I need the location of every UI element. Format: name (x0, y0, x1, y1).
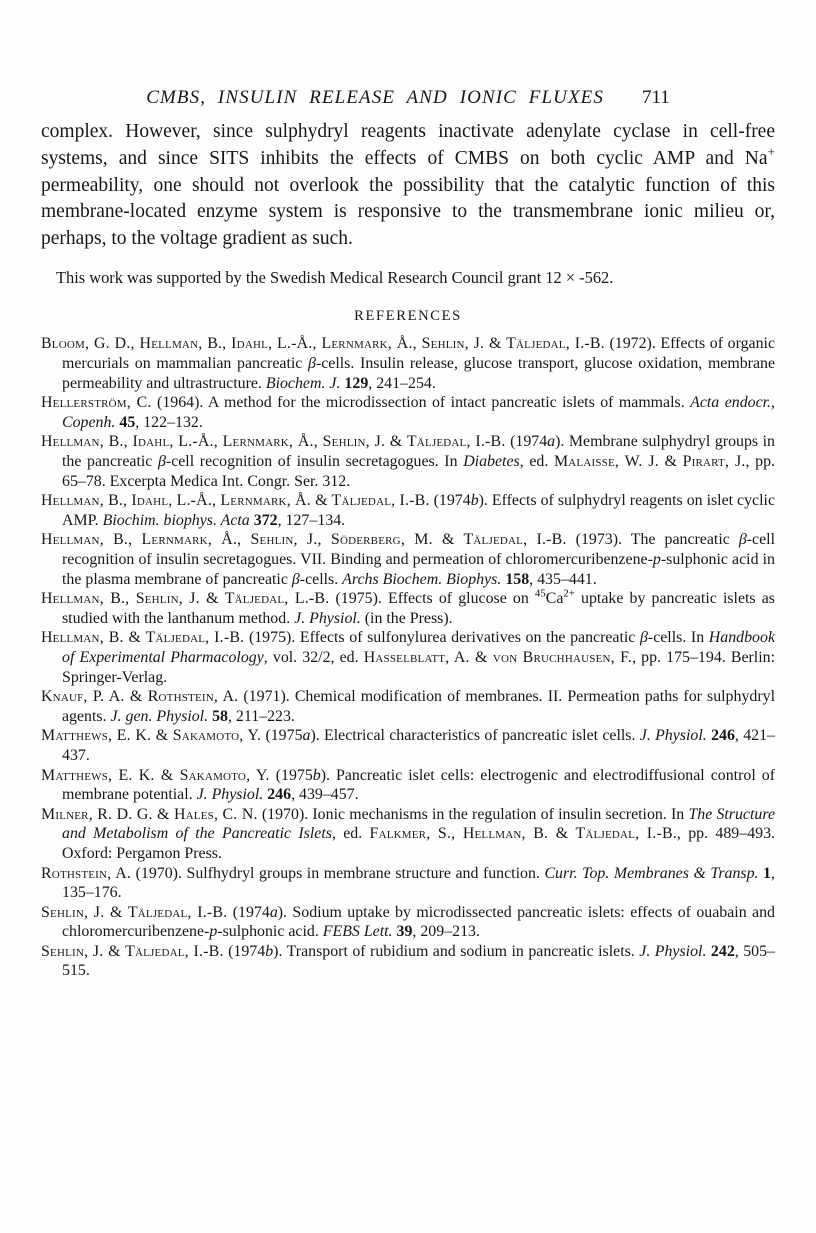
text-segment: , 122–132. (135, 414, 203, 431)
text-segment: (1964). A method for the microdissection… (152, 394, 691, 411)
text-segment: (1974 (227, 904, 269, 921)
reference-item: Milner, R. D. G. & Hales, C. N. (1970). … (41, 805, 775, 864)
opening-paragraph: complex. However, since sulphydryl reage… (41, 119, 775, 253)
text-segment: Hasselblatt, A. & von Bruchhausen, F. (364, 649, 632, 666)
text-segment: (1975). Effects of sulfonylurea derivati… (244, 629, 640, 646)
text-segment: b (471, 492, 479, 509)
text-segment: a (270, 904, 278, 921)
running-head: CMBS, INSULIN RELEASE AND IONIC FLUXES 7… (41, 86, 775, 110)
reference-item: Hellman, B., Sehlin, J. & Täljedal, L.-B… (41, 589, 775, 628)
text-segment: β (308, 355, 316, 372)
text-segment: (1974 (430, 492, 471, 509)
text-segment: Curr. Top. Membranes & Transp. (544, 865, 758, 882)
reference-item: Matthews, E. K. & Sakamoto, Y. (1975a). … (41, 726, 775, 765)
text-segment: b (313, 767, 321, 784)
text-segment: 372 (254, 512, 278, 529)
text-segment: J. Physiol. (197, 786, 264, 803)
references-list: Bloom, G. D., Hellman, B., Idahl, L.-Å.,… (41, 334, 775, 981)
text-segment: J. Physiol. (294, 610, 361, 627)
text-segment: This work was supported by the Swedish M… (56, 268, 613, 287)
text-segment: 246 (711, 727, 735, 744)
reference-item: Hellman, B. & Täljedal, I.-B. (1975). Ef… (41, 628, 775, 687)
text-segment: J. gen. Physiol. (111, 708, 209, 725)
paper-page: CMBS, INSULIN RELEASE AND IONIC FLUXES 7… (0, 0, 816, 1233)
text-segment: complex. However, since sulphydryl reage… (41, 121, 775, 169)
text-segment: , ed. (520, 453, 554, 470)
page-number: 711 (642, 86, 670, 110)
text-segment: J. Physiol. (640, 727, 707, 744)
references-heading: REFERENCES (41, 308, 775, 325)
text-segment: , 439–457. (291, 786, 359, 803)
text-segment: β (292, 571, 300, 588)
text-segment: Knauf, P. A. & Rothstein, A. (41, 688, 238, 705)
text-segment: 58 (212, 708, 228, 725)
text-segment: a (547, 433, 555, 450)
reference-item: Hellerström, C. (1964). A method for the… (41, 393, 775, 432)
text-segment: , 127–134. (278, 512, 346, 529)
reference-item: Sehlin, J. & Täljedal, I.-B. (1974a). So… (41, 903, 775, 942)
text-segment: Milner, R. D. G. & Hales, C. N. (41, 806, 258, 823)
reference-item: Rothstein, A. (1970). Sulfhydryl groups … (41, 864, 775, 903)
text-segment: (1975 (270, 767, 313, 784)
text-segment: 242 (711, 943, 735, 960)
text-segment: , 209–213. (412, 923, 480, 940)
text-segment: -cells. (300, 571, 342, 588)
text-segment: (in the Press). (361, 610, 453, 627)
text-segment: J. Physiol. (639, 943, 706, 960)
text-segment: permeability, one should not overlook th… (41, 175, 775, 250)
text-segment: ). Electrical characteristics of pancrea… (310, 727, 639, 744)
text-segment: Diabetes (463, 453, 520, 470)
text-segment: Pirart, J. (683, 453, 746, 470)
text-segment: 39 (397, 923, 413, 940)
text-segment: , 435–441. (529, 571, 597, 588)
reference-item: Hellman, B., Idahl, L.-Å., Lernmark, Å.,… (41, 432, 775, 491)
reference-item: Knauf, P. A. & Rothstein, A. (1971). Che… (41, 687, 775, 726)
text-segment: (1975 (261, 727, 302, 744)
text-segment: β (640, 629, 648, 646)
text-segment: 246 (267, 786, 291, 803)
text-segment: 45 (119, 414, 135, 431)
reference-item: Bloom, G. D., Hellman, B., Idahl, L.-Å.,… (41, 334, 775, 393)
text-segment: Sehlin, J. & Täljedal, I.-B. (41, 904, 227, 921)
text-segment: Hellman, B., Lernmark, Å., Sehlin, J., S… (41, 531, 567, 548)
text-segment: FEBS Lett. (323, 923, 393, 940)
text-segment: 129 (344, 375, 368, 392)
acknowledgment-paragraph: This work was supported by the Swedish M… (41, 266, 775, 291)
text-segment: Malaisse, W. J. (554, 453, 659, 470)
text-segment: Rothstein, A. (41, 865, 131, 882)
text-segment: -sulphonic acid. (217, 923, 322, 940)
text-segment: Matthews, E. K. & Sakamoto, Y. (41, 767, 270, 784)
text-segment: (1970). Ionic mechanisms in the regulati… (258, 806, 689, 823)
text-segment: (1975). Effects of glucose on (329, 590, 535, 607)
text-segment: (1974 (506, 433, 548, 450)
text-segment: (1974 (224, 943, 266, 960)
text-segment: Hellman, B. & Täljedal, I.-B. (41, 629, 244, 646)
text-segment: β (158, 453, 166, 470)
reference-item: Hellman, B., Idahl, L.-Å., Lernmark, Å. … (41, 491, 775, 530)
text-segment: Bloom, G. D., Hellman, B., Idahl, L.-Å.,… (41, 335, 605, 352)
text-segment: , 211–223. (228, 708, 295, 725)
text-segment: (1973). The pancreatic (567, 531, 739, 548)
text-segment: Falkmer, S., Hellman, B. & Täljedal, I.-… (370, 825, 677, 842)
text-segment: Sehlin, J. & Täljedal, I.-B. (41, 943, 224, 960)
text-segment: Hellman, B., Idahl, L.-Å., Lernmark, Å.,… (41, 433, 506, 450)
text-segment: Matthews, E. K. & Sakamoto, Y. (41, 727, 261, 744)
reference-item: Hellman, B., Lernmark, Å., Sehlin, J., S… (41, 530, 775, 589)
text-segment: Archs Biochem. Biophys. (342, 571, 501, 588)
reference-item: Matthews, E. K. & Sakamoto, Y. (1975b). … (41, 766, 775, 805)
text-segment: ). Transport of rubidium and sodium in p… (273, 943, 639, 960)
text-segment: (1970). Sulfhydryl groups in membrane st… (131, 865, 544, 882)
text-segment: , vol. 32/2, ed. (264, 649, 364, 666)
text-segment: Ca (546, 590, 564, 607)
text-segment: 158 (505, 571, 529, 588)
text-segment: Hellman, B., Idahl, L.-Å., Lernmark, Å. … (41, 492, 430, 509)
text-segment: Hellerström, C. (41, 394, 152, 411)
text-segment: + (768, 144, 775, 159)
text-segment: -cells. In (648, 629, 709, 646)
text-segment: Biochem. J. (266, 375, 341, 392)
text-segment: & (659, 453, 683, 470)
text-segment: p (653, 551, 661, 568)
text-segment: , ed. (332, 825, 370, 842)
text-segment: , 241–254. (368, 375, 436, 392)
text-segment: 45 (535, 588, 546, 600)
running-head-title: CMBS, INSULIN RELEASE AND IONIC FLUXES (146, 86, 604, 110)
text-segment: 1 (763, 865, 771, 882)
text-segment: Biochim. biophys. Acta (103, 512, 250, 529)
text-segment: -cell recognition of insulin secretagogu… (166, 453, 463, 470)
text-segment: Hellman, B., Sehlin, J. & Täljedal, L.-B… (41, 590, 329, 607)
text-segment: 2+ (563, 588, 575, 600)
reference-item: Sehlin, J. & Täljedal, I.-B. (1974b). Tr… (41, 942, 775, 981)
text-segment: b (265, 943, 273, 960)
text-segment: β (739, 531, 747, 548)
